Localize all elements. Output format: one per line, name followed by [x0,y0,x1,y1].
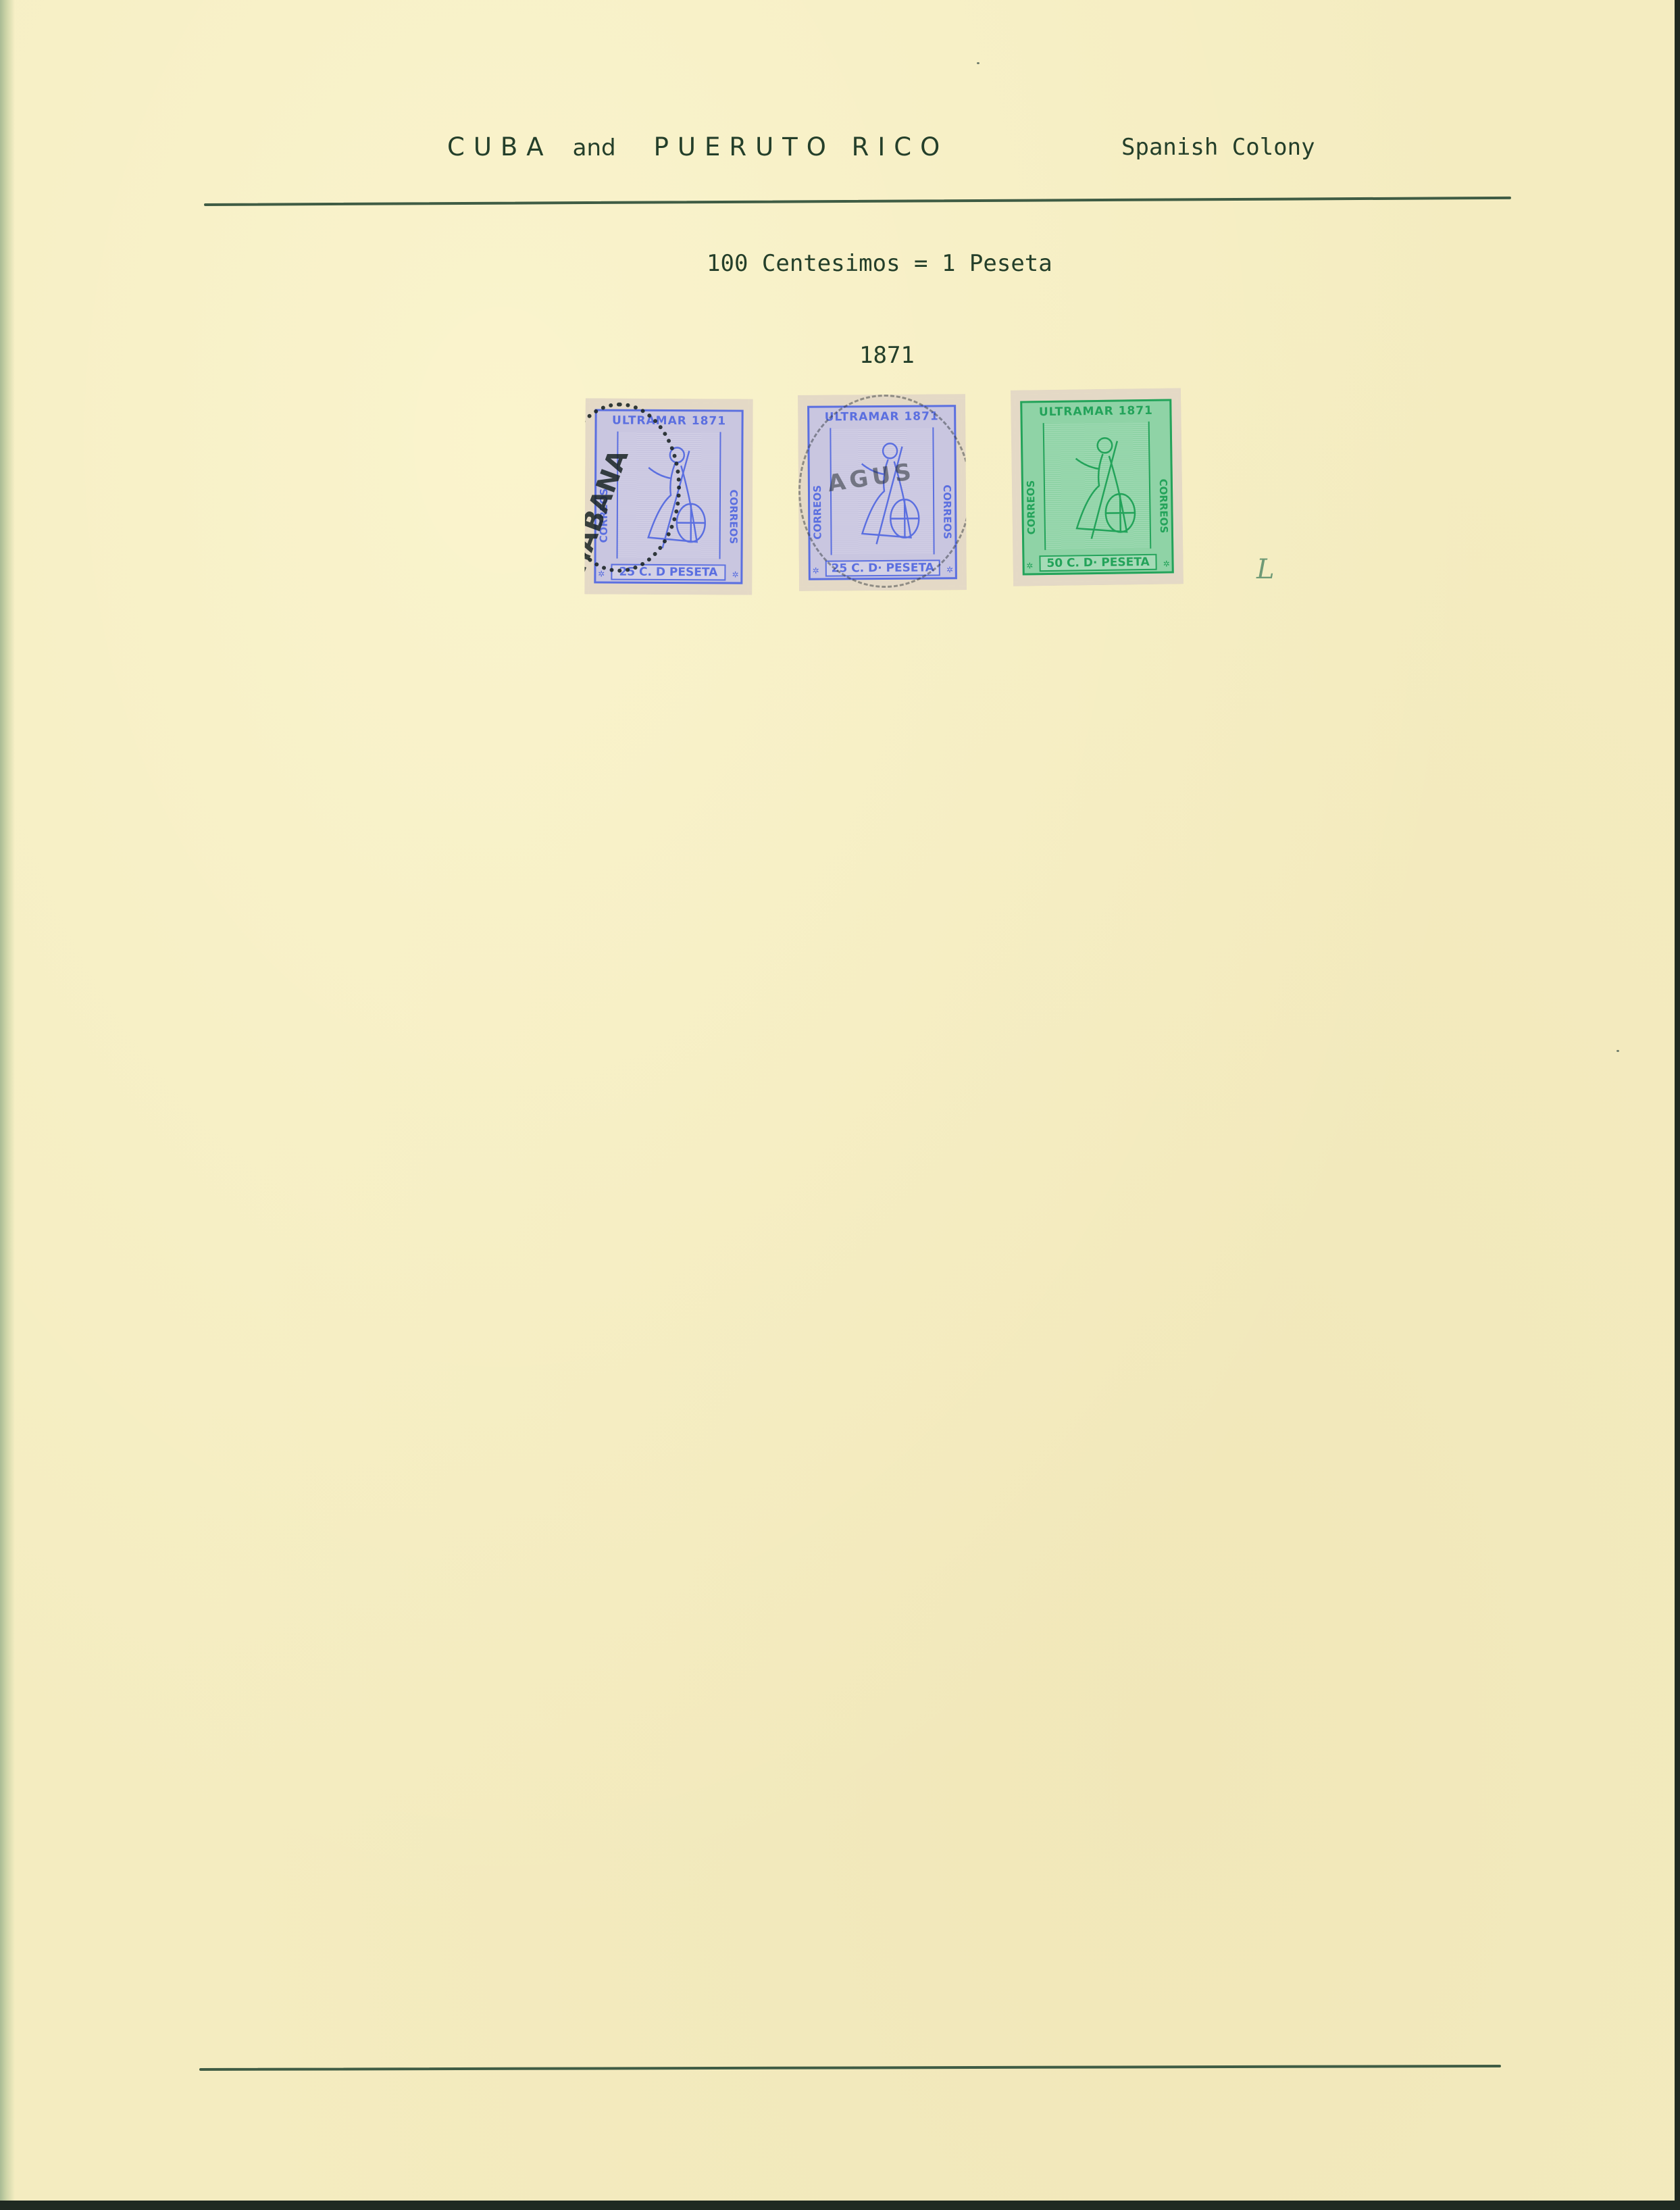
stamp-value-label: 25 C. D PESETA [611,564,726,581]
page-spine-shadow [0,0,15,2201]
scan-bottom-edge [0,2201,1680,2210]
stamp-top-label: ULTRAMAR 1871 [809,409,954,424]
corner-ornament-icon: ✲ [1163,558,1170,569]
stamp-50c-green-unused[interactable]: ULTRAMAR 1871 CORREOS CORREOS ✲ ✲ 50 C [1011,388,1183,586]
stamp-value-label: 50 C. D· PESETA [1039,554,1156,572]
seated-hispania-figure-icon [617,432,721,559]
stamp-side-label-right: CORREOS [1154,455,1170,557]
stamp-side-label-right: CORREOS [724,466,740,567]
stamp-frame: ULTRAMAR 1871 CORREOS CORREOS ✲ ✲ 50 C [1020,399,1174,575]
stamp-side-label-left: CORREOS [1024,457,1040,558]
corner-ornament-icon: ✲ [813,565,819,576]
page-subtitle: Spanish Colony [1121,134,1315,161]
stamp-top-label: ULTRAMAR 1871 [1022,403,1169,419]
paper-speck [1617,1050,1619,1052]
stamp-25c-blue-used-1[interactable]: ULTRAMAR 1871 CORREOS CORREOS ✲ ✲ 25 C [584,398,753,595]
stamp-25c-blue-used-2[interactable]: ULTRAMAR 1871 CORREOS CORREOS ✲ ✲ 25 C [798,394,967,591]
currency-note: 100 Centesimos = 1 Peseta [707,250,1052,277]
page-title: CUBAandPUERUTO RICO [447,132,948,161]
title-country-1: CUBA [447,132,553,161]
corner-ornament-icon: ✲ [946,563,953,574]
seated-hispania-figure-icon [1043,422,1152,550]
footer-divider [199,2065,1501,2071]
stamp-side-label-left: CORREOS [597,465,613,566]
album-page: CUBAandPUERUTO RICO Spanish Colony 100 C… [0,0,1675,2201]
paper-speck [977,62,979,64]
stamp-side-label-left: CORREOS [811,462,827,563]
stamp-frame: ULTRAMAR 1871 CORREOS CORREOS ✲ ✲ 25 C [594,409,743,584]
corner-ornament-icon: ✲ [732,568,739,579]
year-heading: 1871 [859,342,915,369]
stamp-frame: ULTRAMAR 1871 CORREOS CORREOS ✲ ✲ 25 C [807,405,957,580]
pencil-annotation: L [1256,554,1275,585]
stamp-value-label: 25 C. D· PESETA [825,559,940,576]
stamp-side-label-right: CORREOS [938,461,954,562]
corner-ornament-icon: ✲ [598,568,605,578]
corner-ornament-icon: ✲ [1026,559,1033,570]
stamp-top-label: ULTRAMAR 1871 [597,413,742,428]
seated-hispania-figure-icon [830,427,934,555]
header-divider [204,197,1511,206]
title-country-2: PUERUTO RICO [654,132,949,161]
title-connector: and [573,134,616,161]
